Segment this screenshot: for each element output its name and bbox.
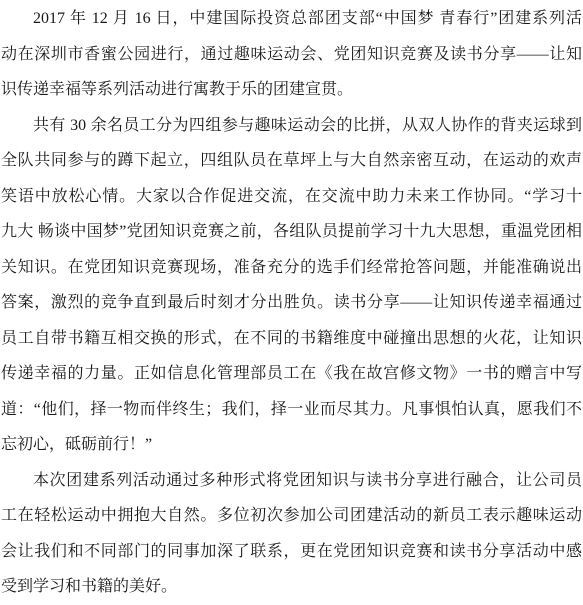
text-line: 忘初心，砥砺前行！”	[0, 427, 583, 463]
text-line: 全队共同参与的蹲下起立，四组队员在草坪上与大自然亲密互动，在运动的欢声	[0, 143, 583, 179]
paragraph: 本次团建系列活动通过多种形式将党团知识与读书分享进行融合，让公司员工在轻松运动中…	[0, 463, 583, 605]
text-line: 识传递幸福等系列活动进行寓教于乐的团建宣贯。	[0, 72, 583, 108]
text-line: 关知识。在党团知识竞赛现场，准备充分的选手们经常抢答问题，并能准确说出	[0, 250, 583, 286]
text-line: 道：“他们，择一物而伴终生；我们，择一业而尽其力。凡事惧怕认真，愿我们不	[0, 392, 583, 428]
text-line: 笑语中放松心情。大家以合作促进交流，在交流中助力未来工作协同。“学习十	[0, 179, 583, 215]
document-body: 2017 年 12 月 16 日，中建国际投资总部团支部“中国梦 青春行”团建系…	[0, 1, 583, 605]
text-line: 传递幸福的力量。正如信息化管理部员工在《我在故宫修文物》一书的赠言中写	[0, 356, 583, 392]
paragraph: 2017 年 12 月 16 日，中建国际投资总部团支部“中国梦 青春行”团建系…	[0, 1, 583, 108]
text-line: 员工自带书籍互相交换的形式，在不同的书籍维度中碰撞出思想的火花，让知识	[0, 321, 583, 357]
text-line: 九大 畅谈中国梦”党团知识竞赛之前，各组队员提前学习十九大思想，重温党团相	[0, 214, 583, 250]
text-line: 工在轻松运动中拥抱大自然。多位初次参加公司团建活动的新员工表示趣味运动	[0, 498, 583, 534]
text-line: 答案，激烈的竞争直到最后时刻才分出胜负。读书分享——让知识传递幸福通过	[0, 285, 583, 321]
text-line: 受到学习和书籍的美好。	[0, 569, 583, 605]
text-line: 共有 30 余名员工分为四组参与趣味运动会的比拼，从双人协作的背夹运球到	[0, 108, 583, 144]
paragraph: 共有 30 余名员工分为四组参与趣味运动会的比拼，从双人协作的背夹运球到全队共同…	[0, 108, 583, 463]
text-line: 2017 年 12 月 16 日，中建国际投资总部团支部“中国梦 青春行”团建系…	[0, 1, 583, 37]
text-line: 动在深圳市香蜜公园进行，通过趣味运动会、党团知识竞赛及读书分享——让知	[0, 37, 583, 73]
text-line: 本次团建系列活动通过多种形式将党团知识与读书分享进行融合，让公司员	[0, 463, 583, 499]
document-page: 2017 年 12 月 16 日，中建国际投资总部团支部“中国梦 青春行”团建系…	[0, 0, 583, 605]
text-line: 会让我们和不同部门的同事加深了联系，更在党团知识竞赛和读书分享活动中感	[0, 534, 583, 570]
